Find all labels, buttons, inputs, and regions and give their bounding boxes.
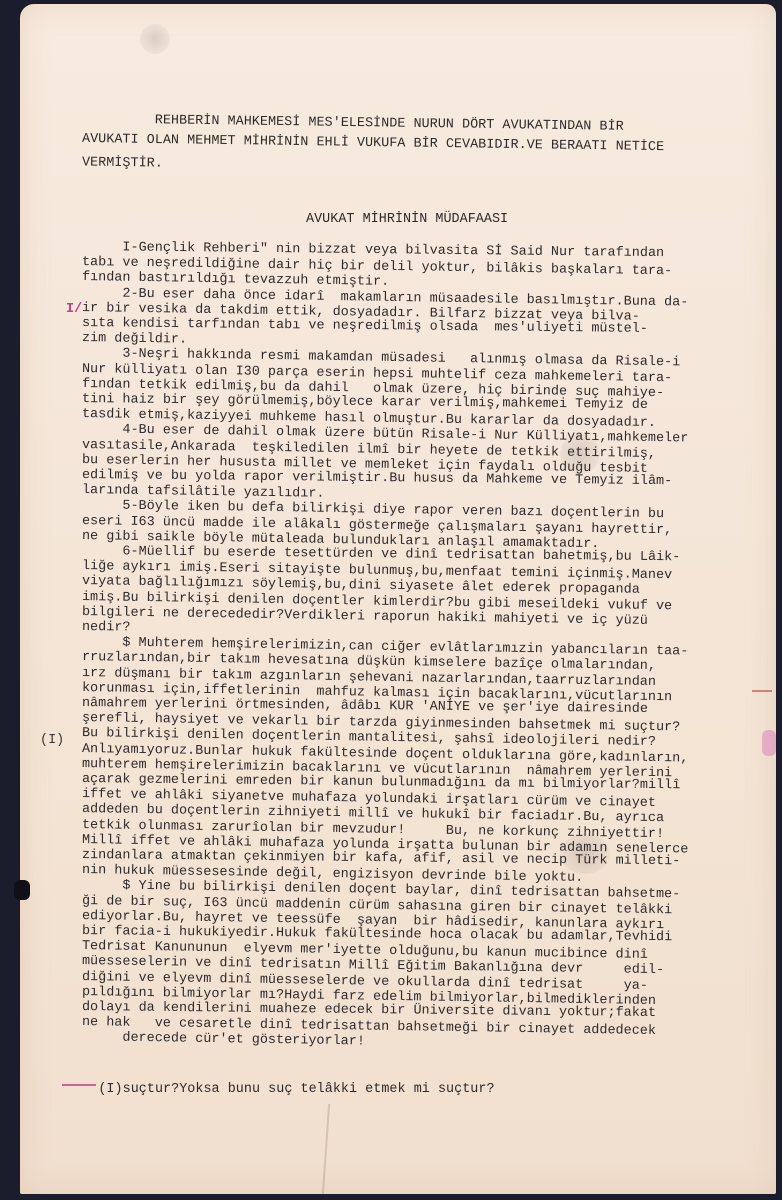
document-title: AVUKAT MİHRİNİN MÜDAFAASI [306,212,508,227]
tape-mark [14,880,30,900]
footnote-reference-marker: (I) [40,733,64,748]
footnote: (I)suçtur?Yoksa bunu suç telâkki etmek m… [66,1067,495,1112]
body-line: nedir? [82,620,131,636]
pink-underline [62,1084,96,1086]
pink-stamp-mark [762,730,776,756]
header-line: VERMİŞTİR. [82,155,163,171]
footnote-text: suçtur?Yoksa bunu suç telâkki etmek mi s… [123,1082,495,1097]
paper-fold [322,1104,330,1194]
pink-annotation-mark: I/ [66,302,82,317]
paper-stain [140,24,170,54]
footnote-marker: (I) [98,1082,122,1097]
red-margin-dash [752,690,772,692]
